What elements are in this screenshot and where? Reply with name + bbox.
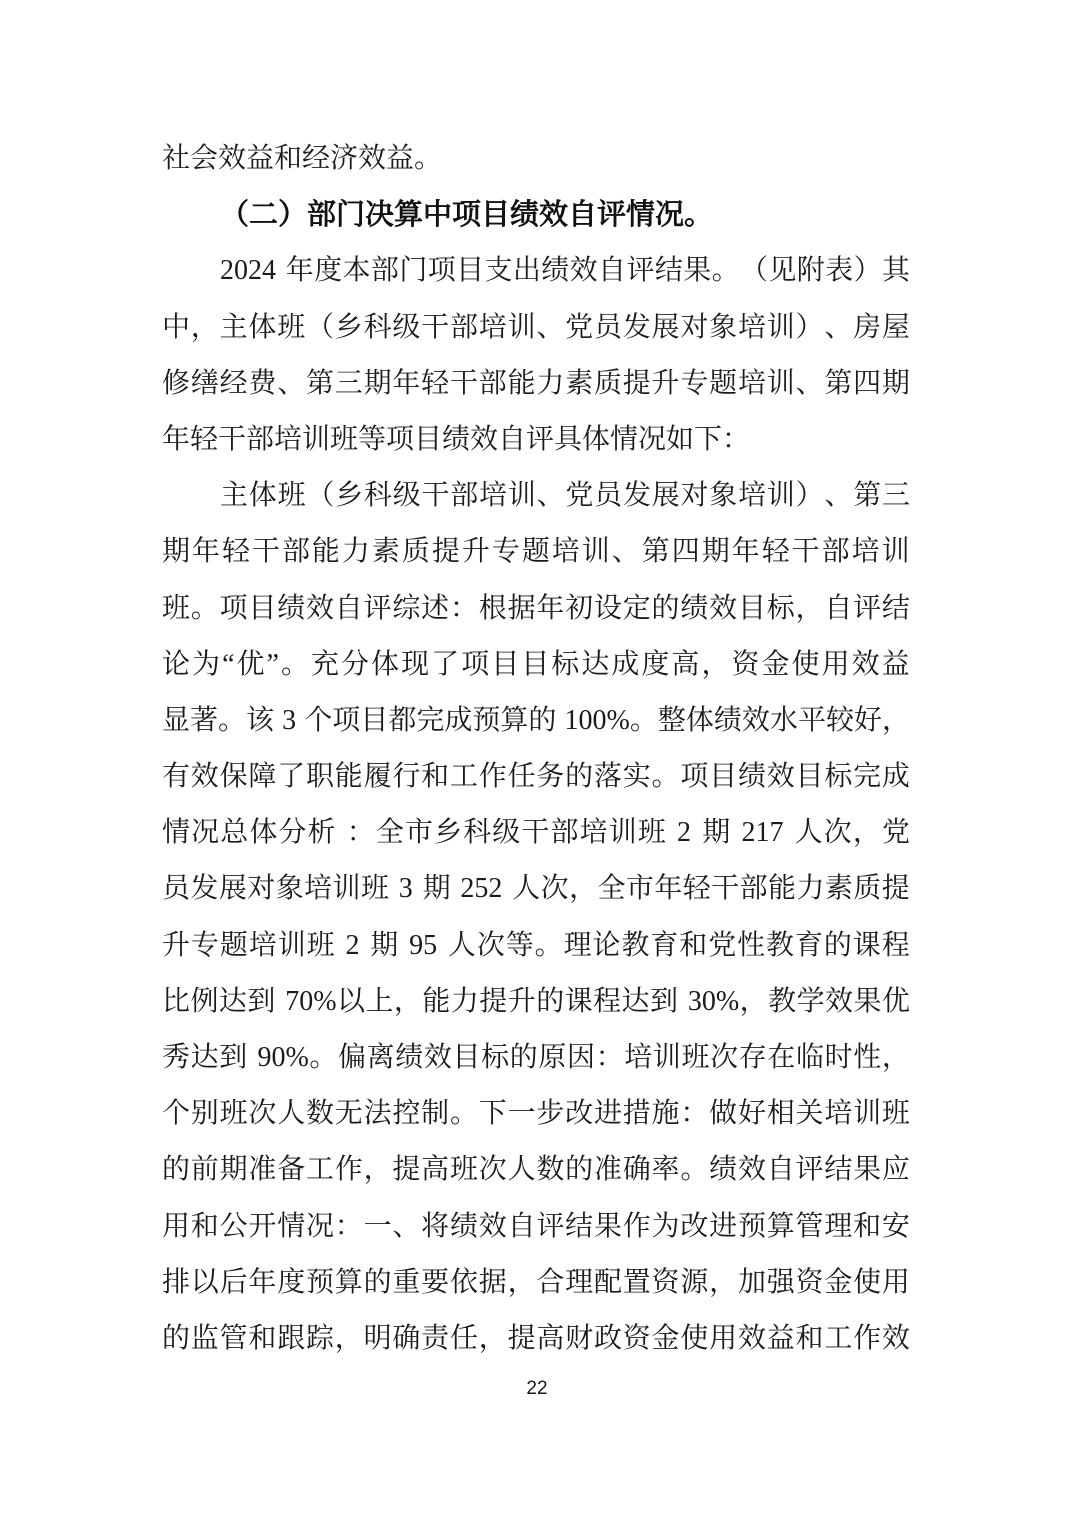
glyph-token: 第 [642, 524, 670, 580]
document-page: 社会效益和经济效益。（二）部门决算中项目绩效自评情况。2024年度本部门项目支出… [0, 0, 1074, 1520]
glyph-token: 象 [709, 468, 737, 524]
glyph-token: 级 [393, 468, 421, 524]
glyph-token: 党 [565, 468, 593, 524]
glyph-token: 果 [683, 243, 711, 299]
glyph-token: ” [267, 637, 279, 693]
glyph-token: 的 [528, 693, 556, 749]
glyph-token: 发 [623, 300, 651, 356]
glyph-token: 的 [652, 581, 680, 637]
glyph-token: 置 [623, 1255, 651, 1311]
glyph-token: 在 [767, 1030, 795, 1086]
glyph-token: 将 [421, 1199, 449, 1255]
glyph-token: 下 [479, 1086, 507, 1142]
glyph-token: 期 [702, 805, 730, 861]
glyph-token: 本 [343, 243, 371, 299]
word-space [413, 896, 422, 897]
glyph-token: 比 [162, 974, 190, 1030]
glyph-token: 了 [431, 637, 459, 693]
word-space [276, 1009, 285, 1010]
glyph-token: 一 [508, 1086, 536, 1142]
glyph-token: 和 [421, 749, 449, 805]
word-space [692, 840, 701, 841]
glyph-token: 况 [191, 805, 219, 861]
glyph-token: 依 [450, 1255, 478, 1311]
glyph-token: 经 [220, 356, 248, 412]
glyph-token: 评 [796, 1142, 824, 1198]
glyph-token: 行 [392, 749, 420, 805]
glyph-token: 标 [767, 581, 795, 637]
glyph-token: 算 [500, 693, 528, 749]
glyph-token: 准 [248, 1142, 276, 1198]
word-space [296, 728, 304, 729]
word-space [785, 840, 794, 841]
text-line: 升专题培训班2期95人次等。理论教育和党性教育的课程 [162, 918, 910, 974]
glyph-token: 数 [536, 1142, 564, 1198]
glyph-token: 次 [541, 861, 569, 917]
glyph-token: 效 [767, 749, 795, 805]
glyph-token: 提 [432, 524, 460, 580]
glyph-token: 班 [882, 1086, 910, 1142]
word-space [336, 953, 345, 954]
glyph-token: 改 [680, 1199, 708, 1255]
glyph-token: 绩 [277, 581, 305, 637]
glyph-token: 自 [508, 1199, 536, 1255]
glyph-token: 绩 [709, 1142, 737, 1198]
glyph-token: 对 [247, 861, 275, 917]
glyph-token: 班 [638, 805, 666, 861]
glyph-token: 升 [508, 974, 536, 1030]
word-space [678, 1009, 687, 1010]
glyph-token: 履 [364, 749, 392, 805]
glyph-token: 班 [277, 300, 305, 356]
glyph-token: 算 [335, 1255, 363, 1311]
glyph-token: 性 [853, 1030, 881, 1086]
glyph-token: 第 [306, 356, 334, 412]
glyph-token: 四 [853, 356, 881, 412]
glyph-token: 学 [797, 974, 825, 1030]
glyph-token: 的 [536, 974, 564, 1030]
glyph-token: 绩 [450, 1199, 478, 1255]
glyph-token: 总 [220, 805, 248, 861]
glyph-token: ， [882, 1030, 910, 1086]
glyph-token: 著 [190, 693, 218, 749]
glyph-token: 结 [824, 1142, 852, 1198]
glyph-token: 踪 [306, 1311, 334, 1367]
glyph-token: 缮 [191, 356, 219, 412]
glyph-token: 人 [448, 918, 476, 974]
glyph-token: ， [569, 861, 597, 917]
glyph-token: 公 [220, 1199, 248, 1255]
glyph-token: 安 [882, 1199, 910, 1255]
glyph-token: 次 [479, 1142, 507, 1198]
glyph-token: 班 [220, 1086, 248, 1142]
glyph-token: 培 [580, 805, 608, 861]
glyph-token: 。 [309, 1030, 337, 1086]
glyph-token: 到 [650, 974, 678, 1030]
glyph-token: 好 [854, 693, 882, 749]
text-line: 主体班（乡科级干部培训、党员发展对象培训）、第三 [162, 468, 910, 524]
glyph-token: 预 [306, 1255, 334, 1311]
glyph-token: 班 [307, 918, 335, 974]
glyph-token: 员 [162, 861, 190, 917]
glyph-token: 用 [709, 1311, 737, 1367]
glyph-token: 30% [688, 974, 739, 1030]
glyph-token: 力 [536, 356, 564, 412]
glyph-token: 率 [652, 1142, 680, 1198]
text-line: 比例达到70%以上，能力提升的课程达到30%，教学效果优 [162, 974, 910, 1030]
glyph-token: 强 [767, 1255, 795, 1311]
glyph-token: 题 [709, 356, 737, 412]
glyph-token: 期 [702, 524, 730, 580]
glyph-token: 完 [416, 693, 444, 749]
glyph-token: 训 [767, 468, 795, 524]
glyph-token: 效 [738, 1311, 766, 1367]
glyph-token: 实 [623, 749, 651, 805]
glyph-token: 自 [767, 1142, 795, 1198]
glyph-token: 据 [508, 581, 536, 637]
glyph-token: 况 [306, 1199, 334, 1255]
glyph-token: ， [796, 581, 824, 637]
glyph-token: 自 [824, 581, 852, 637]
glyph-token: 力 [342, 524, 370, 580]
glyph-token: 课 [853, 918, 881, 974]
glyph-token: 目 [796, 749, 824, 805]
glyph-token: 育 [795, 918, 823, 974]
glyph-token: 个 [304, 693, 332, 749]
glyph-token: 干 [252, 524, 280, 580]
glyph-token: 员 [594, 300, 622, 356]
glyph-token: 效 [479, 1199, 507, 1255]
glyph-token: 提 [623, 356, 651, 412]
glyph-token: 轻 [762, 524, 790, 580]
glyph-token: 人 [277, 1086, 305, 1142]
glyph-token: 次 [710, 1030, 738, 1086]
word-space [399, 953, 408, 954]
glyph-token: 重 [392, 1255, 420, 1311]
glyph-token: 较 [826, 693, 854, 749]
word-space [503, 896, 512, 897]
glyph-token: 、 [824, 468, 852, 524]
glyph-token: ： [680, 1086, 708, 1142]
glyph-token: 该 [246, 693, 274, 749]
glyph-token: 为 [652, 1199, 680, 1255]
glyph-token: 升 [162, 918, 190, 974]
glyph-token: 。 [680, 1142, 708, 1198]
glyph-token: 使 [853, 1255, 881, 1311]
glyph-token: 效 [306, 581, 334, 637]
glyph-token: ： [450, 581, 478, 637]
glyph-token: 提 [508, 1311, 536, 1367]
glyph-token: 无 [335, 1086, 363, 1142]
glyph-token: 训 [767, 300, 795, 356]
glyph-token: 果 [853, 974, 881, 1030]
glyph-token: 培 [852, 524, 880, 580]
glyph-token: 绩 [738, 749, 766, 805]
glyph-token: ） [854, 243, 882, 299]
glyph-token: 素 [372, 524, 400, 580]
glyph-token: 第 [824, 356, 852, 412]
glyph-token: 年 [732, 524, 760, 580]
glyph-token: 项 [220, 581, 248, 637]
word-space [731, 840, 740, 841]
glyph-token: 年 [392, 356, 420, 412]
glyph-token: 务 [536, 749, 564, 805]
word-space [556, 728, 564, 729]
glyph-token: 要 [421, 1255, 449, 1311]
glyph-token: 班 [682, 1030, 710, 1086]
glyph-token: 程 [593, 974, 621, 1030]
glyph-token: 乡 [434, 805, 462, 861]
glyph-token: 准 [594, 1142, 622, 1198]
glyph-token: ） [796, 300, 824, 356]
glyph-token: 述 [421, 581, 449, 637]
glyph-token: 体 [248, 300, 276, 356]
glyph-token: 干 [421, 300, 449, 356]
glyph-token: 应 [882, 1142, 910, 1198]
glyph-token: 确 [623, 1142, 651, 1198]
glyph-token: 房 [853, 300, 881, 356]
word-space [360, 953, 369, 954]
glyph-token: 的 [565, 749, 593, 805]
glyph-token: 升 [652, 356, 680, 412]
glyph-token: 资 [731, 637, 759, 693]
glyph-token: 关 [796, 1086, 824, 1142]
glyph-token: 使 [792, 637, 820, 693]
glyph-token: 效 [570, 243, 598, 299]
glyph-token: 2 [345, 918, 359, 974]
glyph-token: 后 [220, 1255, 248, 1311]
glyph-token: 评 [364, 581, 392, 637]
glyph-token: 班 [162, 581, 190, 637]
glyph-token: 了 [277, 749, 305, 805]
glyph-token: 第 [853, 468, 881, 524]
glyph-token: 结 [565, 1199, 593, 1255]
glyph-token: 市 [405, 805, 433, 861]
glyph-token: 提 [882, 861, 910, 917]
glyph-token: 的 [565, 1142, 593, 1198]
glyph-token: 高 [536, 1311, 564, 1367]
glyph-token: 展 [219, 861, 247, 917]
text-line: 显著。该3个项目都完成预算的100%。整体绩效水平较好， [162, 693, 910, 749]
glyph-token: 能 [508, 356, 536, 412]
glyph-token: 展 [652, 300, 680, 356]
glyph-token: 理 [565, 1255, 593, 1311]
glyph-token: 中 [162, 300, 190, 356]
glyph-token: 部 [450, 468, 478, 524]
glyph-token: 达 [191, 1030, 219, 1086]
glyph-token: 时 [825, 1030, 853, 1086]
glyph-token: 项 [680, 749, 708, 805]
glyph-token: 期 [423, 861, 451, 917]
text-line: 修缮经费、第三期年轻干部能力素质提升专题培训、第四期 [162, 356, 910, 412]
glyph-token: 资 [623, 1311, 651, 1367]
glyph-token: ） [796, 468, 824, 524]
glyph-token: 干 [450, 356, 478, 412]
glyph-token: 责 [421, 1311, 449, 1367]
glyph-token: 期 [220, 1142, 248, 1198]
glyph-token: 排 [162, 1255, 190, 1311]
glyph-token: 现 [401, 637, 429, 693]
glyph-token: 100% [565, 693, 630, 749]
glyph-token: 升 [462, 524, 490, 580]
glyph-token: 财 [565, 1311, 593, 1367]
glyph-token: 效 [738, 1142, 766, 1198]
glyph-token: （ [306, 300, 334, 356]
glyph-token: 都 [388, 693, 416, 749]
glyph-token: 轻 [222, 524, 250, 580]
glyph-token: 目 [491, 637, 519, 693]
glyph-token: 的 [162, 1311, 190, 1367]
glyph-token: 评 [853, 581, 881, 637]
glyph-token: 整 [658, 693, 686, 749]
glyph-token: 训 [333, 861, 361, 917]
glyph-token: 初 [565, 581, 593, 637]
glyph-token: 目 [709, 749, 737, 805]
glyph-token: 训 [278, 918, 306, 974]
glyph-token: 素 [825, 861, 853, 917]
glyph-token: 。 [535, 918, 563, 974]
glyph-token: 见 [768, 243, 796, 299]
glyph-token: 根 [479, 581, 507, 637]
glyph-token: 提 [392, 1142, 420, 1198]
glyph-token: 结 [882, 581, 910, 637]
glyph-token: 充 [311, 637, 339, 693]
glyph-token: 附 [797, 243, 825, 299]
glyph-token: 体 [686, 693, 714, 749]
glyph-token: 对 [680, 300, 708, 356]
glyph-token: 度 [277, 1255, 305, 1311]
glyph-token: 专 [680, 356, 708, 412]
glyph-token: 训 [653, 1030, 681, 1086]
glyph-token: 预 [738, 1199, 766, 1255]
glyph-token: 到 [219, 1030, 247, 1086]
glyph-token: 资 [796, 1255, 824, 1311]
glyph-token: 因 [567, 1030, 595, 1086]
glyph-token: 部 [551, 805, 579, 861]
glyph-token: 专 [191, 918, 219, 974]
glyph-token: 质 [402, 524, 430, 580]
glyph-token: 数 [306, 1086, 334, 1142]
glyph-token: 保 [220, 749, 248, 805]
glyph-token: 个 [162, 1086, 190, 1142]
glyph-token: 步 [536, 1086, 564, 1142]
glyph-token: 以 [337, 974, 365, 1030]
glyph-token: 绩 [714, 693, 742, 749]
glyph-token: 党 [882, 805, 910, 861]
glyph-token: 2 [677, 805, 691, 861]
glyph-token: 工 [450, 749, 478, 805]
glyph-token: 目 [248, 581, 276, 637]
glyph-token: 培 [479, 300, 507, 356]
glyph-token: 培 [824, 1086, 852, 1142]
glyph-token: 析 [308, 805, 336, 861]
glyph-token: 培 [738, 356, 766, 412]
glyph-token: 例 [190, 974, 218, 1030]
text-line: 个别班次人数无法控制。下一步改进措施：做好相关培训班 [162, 1086, 910, 1142]
glyph-token: 体 [249, 468, 277, 524]
word-space [276, 278, 285, 279]
glyph-token: 标 [481, 1030, 509, 1086]
text-line: 班。项目绩效自评综述：根据年初设定的绩效目标，自评结 [162, 581, 910, 637]
text-line: 年轻干部培训班等项目绩效自评具体情况如下： [162, 412, 910, 468]
glyph-token: 。 [218, 693, 246, 749]
glyph-token: 其 [882, 243, 910, 299]
glyph-token: 别 [191, 1086, 219, 1142]
glyph-token: 结 [655, 243, 683, 299]
glyph-token: 轻 [683, 861, 711, 917]
glyph-token: 素 [565, 356, 593, 412]
glyph-token: 轻 [421, 356, 449, 412]
section-heading: （二）部门决算中项目绩效自评情况。 [162, 187, 910, 243]
glyph-token: 干 [711, 861, 739, 917]
glyph-token: 三 [882, 468, 910, 524]
glyph-token: 屋 [882, 300, 910, 356]
glyph-token: 成 [611, 637, 639, 693]
glyph-token: 加 [738, 1255, 766, 1311]
glyph-token: 有 [162, 749, 190, 805]
glyph-token: 训 [582, 524, 610, 580]
glyph-token: 出 [513, 243, 541, 299]
glyph-token: 全 [376, 805, 404, 861]
glyph-token: ， [740, 974, 768, 1030]
glyph-token: 力 [451, 974, 479, 1030]
text-line: 论为“优”。充分体现了项目目标达成度高，资金使用效益 [162, 637, 910, 693]
glyph-token: 评 [536, 1199, 564, 1255]
glyph-token: 2024 [220, 243, 276, 299]
glyph-token: 到 [247, 974, 275, 1030]
glyph-token: 年 [192, 524, 220, 580]
glyph-token: 理 [824, 1199, 852, 1255]
glyph-token: 为 [192, 637, 220, 693]
glyph-token: 临 [796, 1030, 824, 1086]
glyph-token: 、 [612, 524, 640, 580]
glyph-token: 。 [712, 243, 740, 299]
glyph-token: 改 [565, 1086, 593, 1142]
glyph-token: 年 [536, 581, 564, 637]
glyph-token: 象 [276, 861, 304, 917]
glyph-token: 配 [594, 1255, 622, 1311]
glyph-token: 合 [536, 1255, 564, 1311]
glyph-token: ， [508, 1255, 536, 1311]
glyph-token: 主 [220, 468, 248, 524]
glyph-token: 级 [492, 805, 520, 861]
glyph-token: 培 [738, 300, 766, 356]
glyph-token: 人 [508, 1142, 536, 1198]
glyph-token: 工 [306, 1142, 334, 1198]
glyph-token: 四 [672, 524, 700, 580]
glyph-token: 绩 [680, 581, 708, 637]
text-line: 的前期准备工作，提高班次人数的准确率。绩效自评结果应 [162, 1142, 910, 1198]
glyph-token: 目 [738, 581, 766, 637]
text-line: 秀达到90%。偏离绩效目标的原因：培训班次存在临时性， [162, 1030, 910, 1086]
glyph-token: ， [709, 1255, 737, 1311]
word-space [389, 896, 398, 897]
glyph-token: 表 [825, 243, 853, 299]
glyph-token: 三 [335, 356, 363, 412]
glyph-token: 课 [565, 974, 593, 1030]
glyph-token: 。 [652, 749, 680, 805]
glyph-token: 体 [249, 805, 277, 861]
glyph-token: 和 [853, 1199, 881, 1255]
glyph-token: 控 [392, 1086, 420, 1142]
glyph-token: 。 [281, 637, 309, 693]
glyph-token: ， [882, 693, 910, 749]
glyph-token: 金 [652, 1311, 680, 1367]
glyph-token: 年 [286, 243, 314, 299]
glyph-token: ， [191, 300, 219, 356]
glyph-token: 发 [190, 861, 218, 917]
glyph-token: 题 [220, 918, 248, 974]
